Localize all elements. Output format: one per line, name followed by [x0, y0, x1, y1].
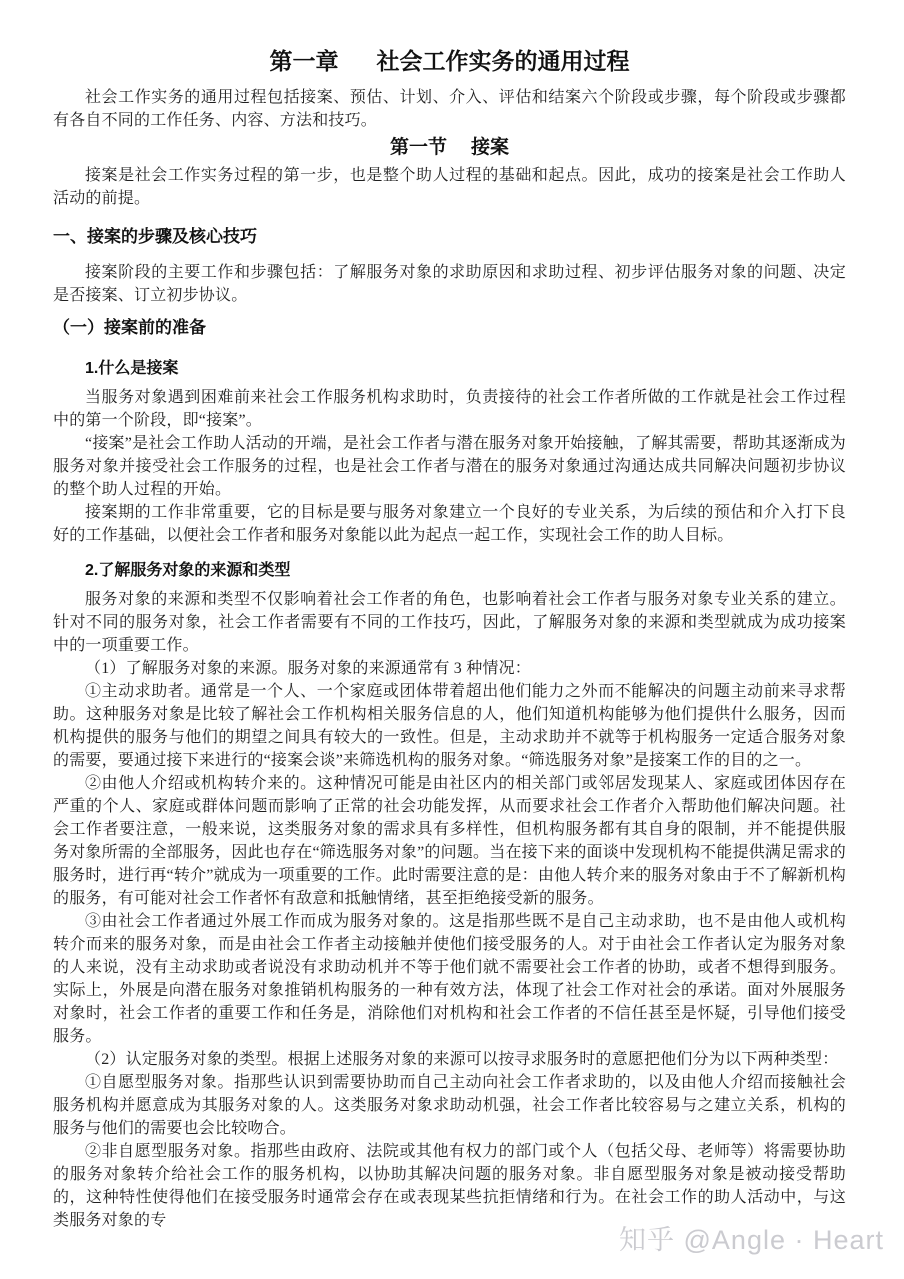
- section-label: 第一节: [390, 137, 447, 158]
- paragraph-what-is-2: “接案”是社会工作助人活动的开端，是社会工作者与潜在服务对象开始接触，了解其需要…: [53, 432, 846, 501]
- section-heading: 第一节接案: [53, 134, 846, 162]
- paragraph-types-intro: （2）认定服务对象的类型。根据上述服务对象的来源可以按寻求服务时的意愿把他们分为…: [53, 1048, 846, 1071]
- heading-intake-steps: 一、接案的步骤及核心技巧: [53, 225, 846, 249]
- chapter-title: 社会工作实务的通用过程: [377, 48, 630, 74]
- paragraph-what-is-1: 当服务对象遇到困难前来社会工作服务机构求助时，负责接待的社会工作者所做的工作就是…: [53, 386, 846, 432]
- paragraph-source-outreach: ③由社会工作者通过外展工作而成为服务对象的。这是指那些既不是自己主动求助，也不是…: [53, 910, 846, 1048]
- zhihu-watermark: 知乎 @Angle · Heart: [619, 1218, 884, 1257]
- paragraph-section-intro: 接案是社会工作实务过程的第一步，也是整个助人过程的基础和起点。因此，成功的接案是…: [53, 164, 846, 210]
- heading-what-is-intake: 1.什么是接案: [53, 357, 846, 380]
- heading-preparation: （一）接案前的准备: [53, 316, 846, 340]
- chapter-heading: 第一章社会工作实务的通用过程: [53, 44, 846, 78]
- paragraph-sources-intro: 服务对象的来源和类型不仅影响着社会工作者的角色，也影响着社会工作者与服务对象专业…: [53, 588, 846, 657]
- paragraph-what-is-3: 接案期的工作非常重要，它的目标是要与服务对象建立一个良好的专业关系，为后续的预估…: [53, 501, 846, 547]
- heading-sources-and-types: 2.了解服务对象的来源和类型: [53, 559, 846, 582]
- paragraph-steps: 接案阶段的主要工作和步骤包括：了解服务对象的求助原因和求助过程、初步评估服务对象…: [53, 261, 846, 307]
- section-title: 接案: [471, 137, 509, 158]
- paragraph-source-voluntary-seeker: ①主动求助者。通常是一个人、一个家庭或团体带着超出他们能力之外而不能解决的问题主…: [53, 680, 846, 772]
- paragraph-intro: 社会工作实务的通用过程包括接案、预估、计划、介入、评估和结案六个阶段或步骤，每个…: [53, 86, 846, 132]
- paragraph-sources-list-intro: （1）了解服务对象的来源。服务对象的来源通常有 3 种情况：: [53, 657, 846, 680]
- chapter-label: 第一章: [270, 48, 339, 74]
- document-page: 第一章社会工作实务的通用过程 社会工作实务的通用过程包括接案、预估、计划、介入、…: [0, 0, 904, 1232]
- paragraph-type-voluntary: ①自愿型服务对象。指那些认识到需要协助而自己主动向社会工作者求助的，以及由他人介…: [53, 1071, 846, 1140]
- paragraph-source-referral: ②由他人介绍或机构转介来的。这种情况可能是由社区内的相关部门或邻居发现某人、家庭…: [53, 772, 846, 910]
